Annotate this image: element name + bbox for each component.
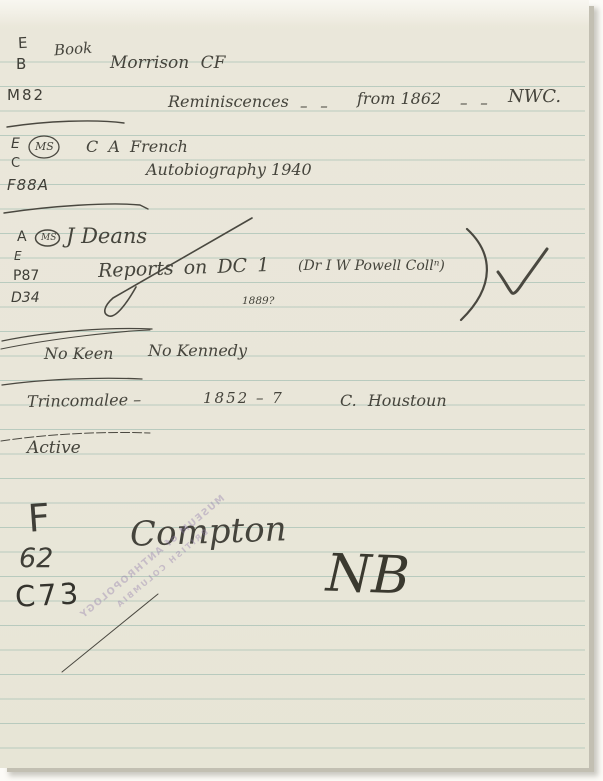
author-name: Morrison CF (110, 53, 225, 73)
format-note: Book (53, 39, 92, 60)
dash-mark: – – (460, 94, 492, 112)
call-number-line: F88A (7, 176, 49, 194)
call-number-line: D34 (11, 290, 40, 306)
year-note: 1889? (242, 295, 274, 307)
note-text: No Keen (44, 344, 113, 363)
call-number-line: 62 (19, 543, 53, 574)
ms-badge: MS (41, 233, 56, 243)
call-number-line: C73 (14, 576, 82, 613)
initials: NWC. (508, 86, 561, 107)
call-number-line: E (18, 34, 28, 52)
ship-name: Active (27, 438, 81, 458)
author-name: C A French (86, 137, 188, 156)
date-range: 1852 – 7 (203, 389, 284, 407)
call-number-line: E (14, 249, 22, 263)
call-number-line: F (26, 495, 51, 540)
call-number-line: B (16, 55, 26, 73)
call-number-line: C (11, 156, 20, 171)
ship-name: Trincomalee – (27, 390, 142, 411)
ms-badge: MS (35, 140, 54, 153)
call-number-line: P87 (13, 268, 39, 284)
title-text: from 1862 (357, 89, 441, 108)
nb-annotation: NB (325, 544, 411, 607)
title-text: Reminiscences (168, 92, 289, 111)
dash-mark: – – (300, 97, 332, 115)
call-number-line: E (11, 136, 20, 152)
scanned-notebook-page: E B M82 Book Morrison CF Reminiscences –… (0, 0, 589, 768)
collection-note: (Dr I W Powell Collⁿ) (298, 258, 445, 274)
call-number-line: M82 (7, 86, 45, 104)
scan-glare (0, 0, 589, 26)
call-number-line: A (17, 229, 27, 245)
title-text: Autobiography 1940 (146, 160, 312, 179)
person-name: C. Houstoun (340, 391, 447, 410)
note-text: No Kennedy (148, 341, 247, 360)
author-name: J Deans (66, 224, 147, 248)
